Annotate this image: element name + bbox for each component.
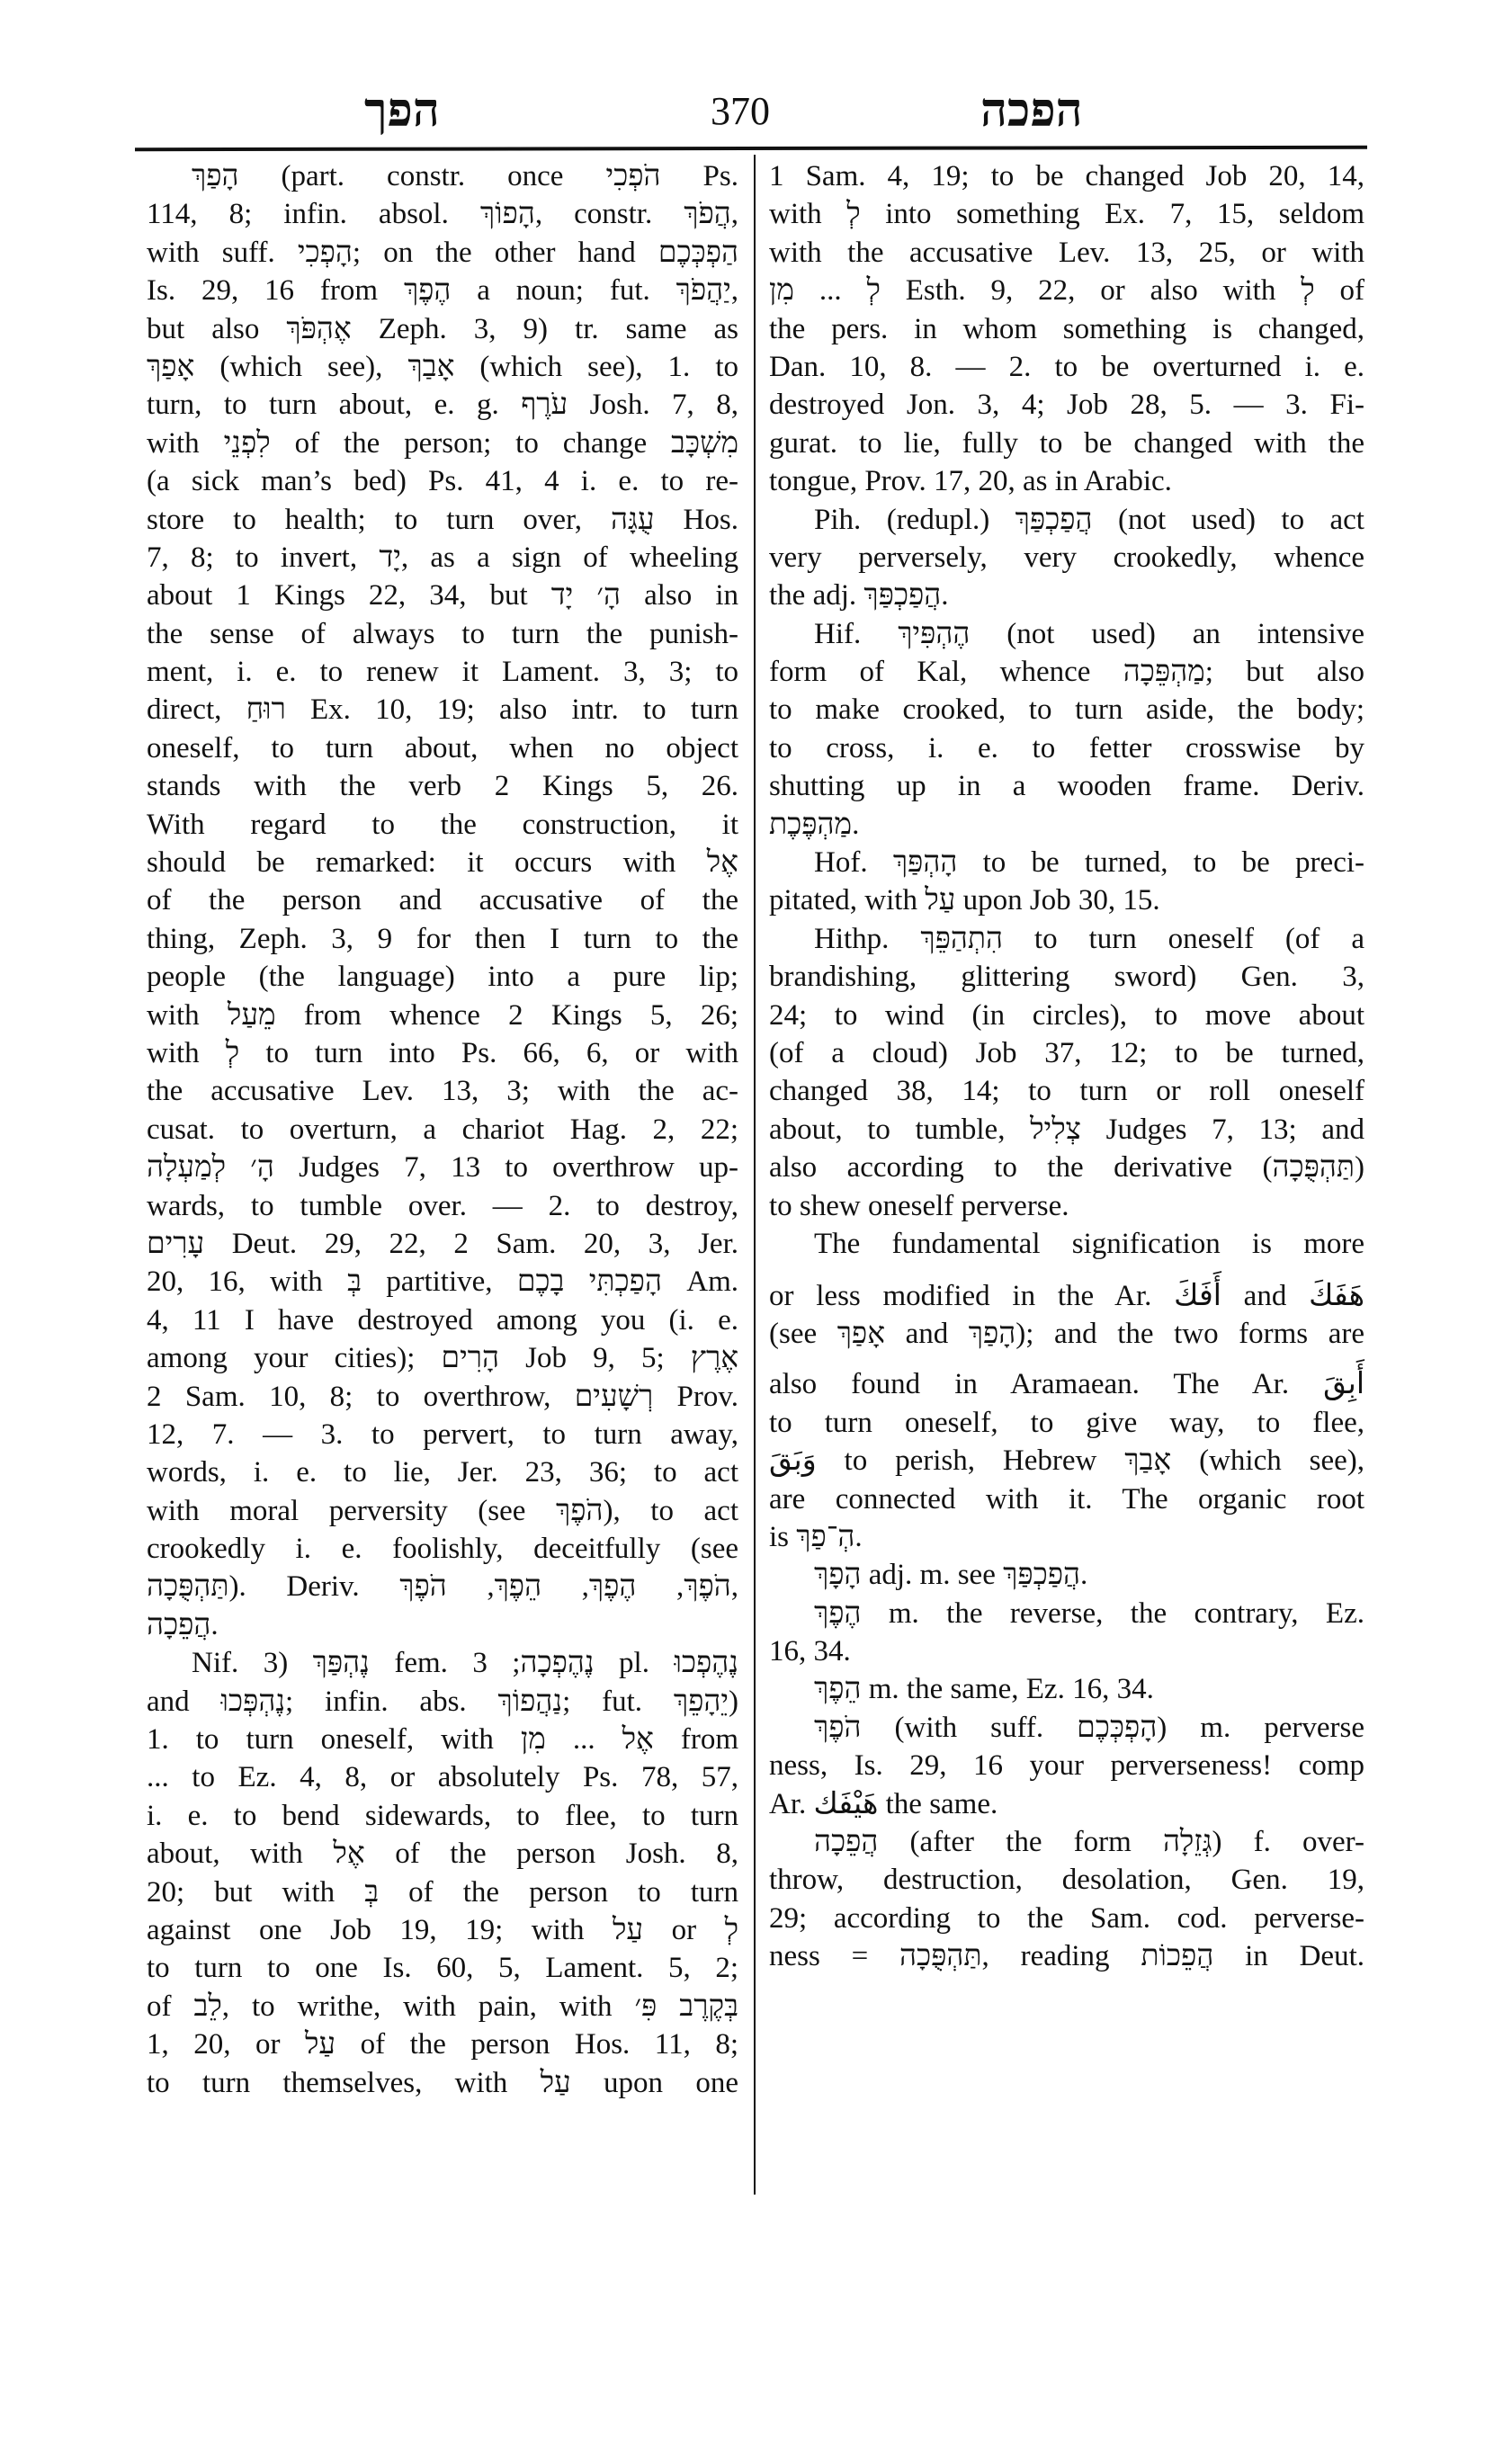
entry-line: 114, 8; infin. absol. הָפוֹךְ, constr. ה… <box>147 195 738 233</box>
entry-line: ness = תַּהְפֻּכָה, reading הֲפֵכוֹת in … <box>769 1937 1364 1975</box>
entry-line: shutting up in a wooden frame. Deriv. <box>769 767 1364 805</box>
entry-line-pih: Pih. (redupl.) הֲפַכְפַּךְ (not used) to… <box>769 501 1364 539</box>
entry-line: to turn to one Is. 60, 5, Lament. 5, 2; <box>147 1949 738 1987</box>
entry-line: the accusative Lev. 13, 3; with the ac- <box>147 1072 738 1110</box>
entry-line: direct, רוּחַ Ex. 10, 19; also intr. to … <box>147 691 738 729</box>
entry-line: changed 38, 14; to turn or roll oneself <box>769 1072 1364 1110</box>
entry-hepek-same: הֵפֶךְ m. the same, Ez. 16, 34. <box>769 1670 1364 1708</box>
entry-line: הָפַךְ (part. constr. once הֹפְכִי Ps. <box>147 157 738 195</box>
dictionary-page: הפך 370 הפכה הָפַךְ (part. constr. once … <box>0 0 1512 2450</box>
entry-line: throw, destruction, desolation, Gen. 19, <box>769 1861 1364 1899</box>
entry-line: with לִפְנֵי of the person; to change מִ… <box>147 425 738 462</box>
entry-line: of לֵב, to writhe, with pain, with בְּקֶ… <box>147 1988 738 2025</box>
entry-line: 29; according to the Sam. cod. perverse- <box>769 1900 1364 1937</box>
entry-line: also according to the derivative (תַּהְפ… <box>769 1149 1364 1186</box>
entry-line-hithp: Hithp. הִתְהַפֵּךְ to turn oneself (of a <box>769 920 1364 958</box>
header-left-catchword: הפך <box>364 79 440 142</box>
entry-hapak-adj: הָפָךְ adj. m. see הֲפַכְפַּךְ. <box>769 1556 1364 1594</box>
entry-line: 24; to wind (in circles), to move about <box>769 997 1364 1034</box>
entry-line: very perversely, very crookedly, whence <box>769 539 1364 577</box>
entry-line: with the accusative Lev. 13, 25, or with <box>769 234 1364 272</box>
entry-hapekah: הֲפֵכָה (after the form גְּזֵלָה) f. ove… <box>769 1823 1364 1861</box>
entry-line: i. e. to bend sidewards, to flee, to tur… <box>147 1797 738 1835</box>
entry-line: about, to tumble, צְלִיל Judges 7, 13; a… <box>769 1111 1364 1149</box>
entry-line: עָרִים Deut. 29, 22, 2 Sam. 20, 3, Jer. <box>147 1225 738 1263</box>
entry-line: With regard to the construction, it <box>147 806 738 844</box>
header-rule <box>135 146 1367 151</box>
entry-line: to make crooked, to turn aside, the body… <box>769 691 1364 729</box>
entry-line: are connected with it. The organic root <box>769 1480 1364 1518</box>
entry-line: crookedly i. e. foolishly, deceitfully (… <box>147 1530 738 1568</box>
header-right-catchword: הפכה <box>980 79 1083 142</box>
column-divider <box>754 155 756 2195</box>
entry-line: thing, Zeph. 3, 9 for then I turn to the <box>147 920 738 958</box>
entry-line: oneself, to turn about, when no object <box>147 729 738 767</box>
entry-line: the sense of always to turn the punish- <box>147 615 738 653</box>
entry-line: לְ ... מִן Esth. 9, 22, or also with לְ … <box>769 272 1364 309</box>
entry-line: (a sick man’s bed) Ps. 41, 4 i. e. to re… <box>147 462 738 500</box>
entry-line-fundamental: The fundamental signification is more <box>769 1225 1364 1277</box>
entry-line-hof: Hof. הָהְפַּךְ to be turned, to be preci… <box>769 844 1364 881</box>
entry-line: to turn themselves, with עַל upon one <box>147 2064 738 2102</box>
entry-line: 16, 34. <box>769 1632 1364 1670</box>
entry-line: وَبَقَ to perish, Hebrew אָבַךְ (which s… <box>769 1442 1364 1480</box>
entry-line: destroyed Jon. 3, 4; Job 28, 5. — 3. Fi- <box>769 386 1364 424</box>
entry-line: Dan. 10, 8. — 2. to be overturned i. e. <box>769 348 1364 386</box>
entry-hepek: הֶפֶךְ m. the reverse, the contrary, Ez. <box>769 1595 1364 1632</box>
entry-line: 1, 20, or עַל of the person Hos. 11, 8; <box>147 2025 738 2063</box>
entry-line: 4, 11 I have destroyed among you (i. e. <box>147 1301 738 1339</box>
entry-line: with לְ into something Ex. 7, 15, seldom <box>769 195 1364 233</box>
entry-line: תַּהְפֻּכָה). Deriv. הֹפֶךְ, הֶפֶךְ, הֵפ… <box>147 1568 738 1605</box>
entry-line: with לְ to turn into Ps. 66, 6, or with <box>147 1034 738 1072</box>
entry-line: among your cities); הָרִים Job 9, 5; אֶר… <box>147 1339 738 1377</box>
entry-line: cusat. to overturn, a chariot Hag. 2, 22… <box>147 1111 738 1149</box>
entry-line: wards, to tumble over. — 2. to destroy, <box>147 1187 738 1225</box>
entry-line: or less modified in the Ar. أَفَكَ and ه… <box>769 1277 1364 1315</box>
entry-line: הֲפֵכָה. <box>147 1606 738 1644</box>
entry-line: ment, i. e. to renew it Lament. 3, 3; to <box>147 653 738 691</box>
page-number: 370 <box>711 85 770 139</box>
entry-line: to cross, i. e. to fetter crosswise by <box>769 729 1364 767</box>
entry-line: 1 Sam. 4, 19; to be changed Job 20, 14, <box>769 157 1364 195</box>
entry-line: 20, 16, with בְּ partitive, הָפַכְתִּי ב… <box>147 1263 738 1301</box>
entry-line: the adj. הֲפַכְפַּךְ. <box>769 577 1364 614</box>
entry-line: to turn oneself, to give way, to flee, <box>769 1404 1364 1442</box>
entry-line: 2 Sam. 10, 8; to overthrow, רְשָׁעִים Pr… <box>147 1378 738 1416</box>
entry-line: Is. 29, 16 from הֶפֶךְ a noun; fut. יַהֲ… <box>147 272 738 309</box>
entry-line: מַהְפֶּכֶת. <box>769 806 1364 844</box>
entry-line: with suff. הָפְכִי; on the other hand הַ… <box>147 234 738 272</box>
entry-line: (see אָפַךְ and הָפַךְ); and the two for… <box>769 1315 1364 1365</box>
entry-line: with מֵעַל from whence 2 Kings 5, 26; <box>147 997 738 1034</box>
entry-line: ... to Ez. 4, 8, or absolutely Ps. 78, 5… <box>147 1758 738 1796</box>
entry-line: words, i. e. to lie, Jer. 23, 36; to act <box>147 1453 738 1491</box>
entry-line: pitated, with עַל upon Job 30, 15. <box>769 881 1364 919</box>
entry-line: 7, 8; to invert, יָד, as a sign of wheel… <box>147 539 738 577</box>
entry-line: store to health; to turn over, עֻגָּה Ho… <box>147 501 738 539</box>
entry-line-hif: Hif. הֶהְפִּיךְ (not used) an intensive <box>769 615 1364 653</box>
entry-line: tongue, Prov. 17, 20, as in Arabic. <box>769 462 1364 500</box>
entry-line-nif: Nif. נֶהְפַּךְ (3 fem. נֶהֶפְכָה; 3 pl. … <box>147 1644 738 1682</box>
entry-line: is הְ־פַךְ. <box>769 1518 1364 1556</box>
entry-line: stands with the verb 2 Kings 5, 26. <box>147 767 738 805</box>
left-column: הָפַךְ (part. constr. once הֹפְכִי Ps. 1… <box>147 157 738 2102</box>
entry-line: of the person and accusative of the <box>147 881 738 919</box>
entry-hopek: הֹפֶךְ (with suff. הָפְכְּכֶם) m. perver… <box>769 1709 1364 1747</box>
entry-line: also found in Aramaean. The Ar. أَبِقَ <box>769 1365 1364 1403</box>
entry-line: turn, to turn about, e. g. עֹרֶף Josh. 7… <box>147 386 738 424</box>
entry-line: 20; but with בְּ of the person to turn <box>147 1873 738 1911</box>
entry-line: should be remarked: it occurs with אֶל <box>147 844 738 881</box>
entry-line: Ar. هَيْفَك the same. <box>769 1785 1364 1823</box>
entry-line: about, with אֶל of the person Josh. 8, <box>147 1835 738 1873</box>
entry-line: against one Job 19, 19; with עַל or לְ <box>147 1911 738 1949</box>
entry-line: (of a cloud) Job 37, 12; to be turned, <box>769 1034 1364 1072</box>
entry-line: to shew oneself perverse. <box>769 1187 1364 1225</box>
entry-line: brandishing, glittering sword) Gen. 3, <box>769 958 1364 996</box>
entry-line: about 1 Kings 22, 34, but הָ׳ יָד also i… <box>147 577 738 614</box>
entry-line: הָ׳ לְמַעְלָה Judges 7, 13 to overthrow … <box>147 1149 738 1186</box>
entry-line: people (the language) into a pure lip; <box>147 958 738 996</box>
entry-line: with moral perversity (see הֹפֶךְ), to a… <box>147 1492 738 1530</box>
entry-line: ness, Is. 29, 16 your perverseness! comp <box>769 1747 1364 1784</box>
entry-line: and נֶהְפְּכוּ; infin. abs. נַהֲפוֹךְ; f… <box>147 1683 738 1721</box>
entry-line: 1. to turn oneself, with אֶל ... מִן fro… <box>147 1721 738 1758</box>
entry-line: 12, 7. — 3. to pervert, to turn away, <box>147 1416 738 1453</box>
entry-line: אָפַךְ (which see), אָבַךְ (which see), … <box>147 348 738 386</box>
entry-line: the pers. in whom something is changed, <box>769 310 1364 348</box>
running-head: הפך 370 הפכה <box>135 79 1367 142</box>
entry-line: form of Kal, whence מַהְפֵּכָה; but also <box>769 653 1364 691</box>
entry-line: gurat. to lie, fully to be changed with … <box>769 425 1364 462</box>
right-column: 1 Sam. 4, 19; to be changed Job 20, 14, … <box>769 157 1364 1976</box>
entry-line: but also אֶהְפֹּךְ Zeph. 3, 9) tr. same … <box>147 310 738 348</box>
